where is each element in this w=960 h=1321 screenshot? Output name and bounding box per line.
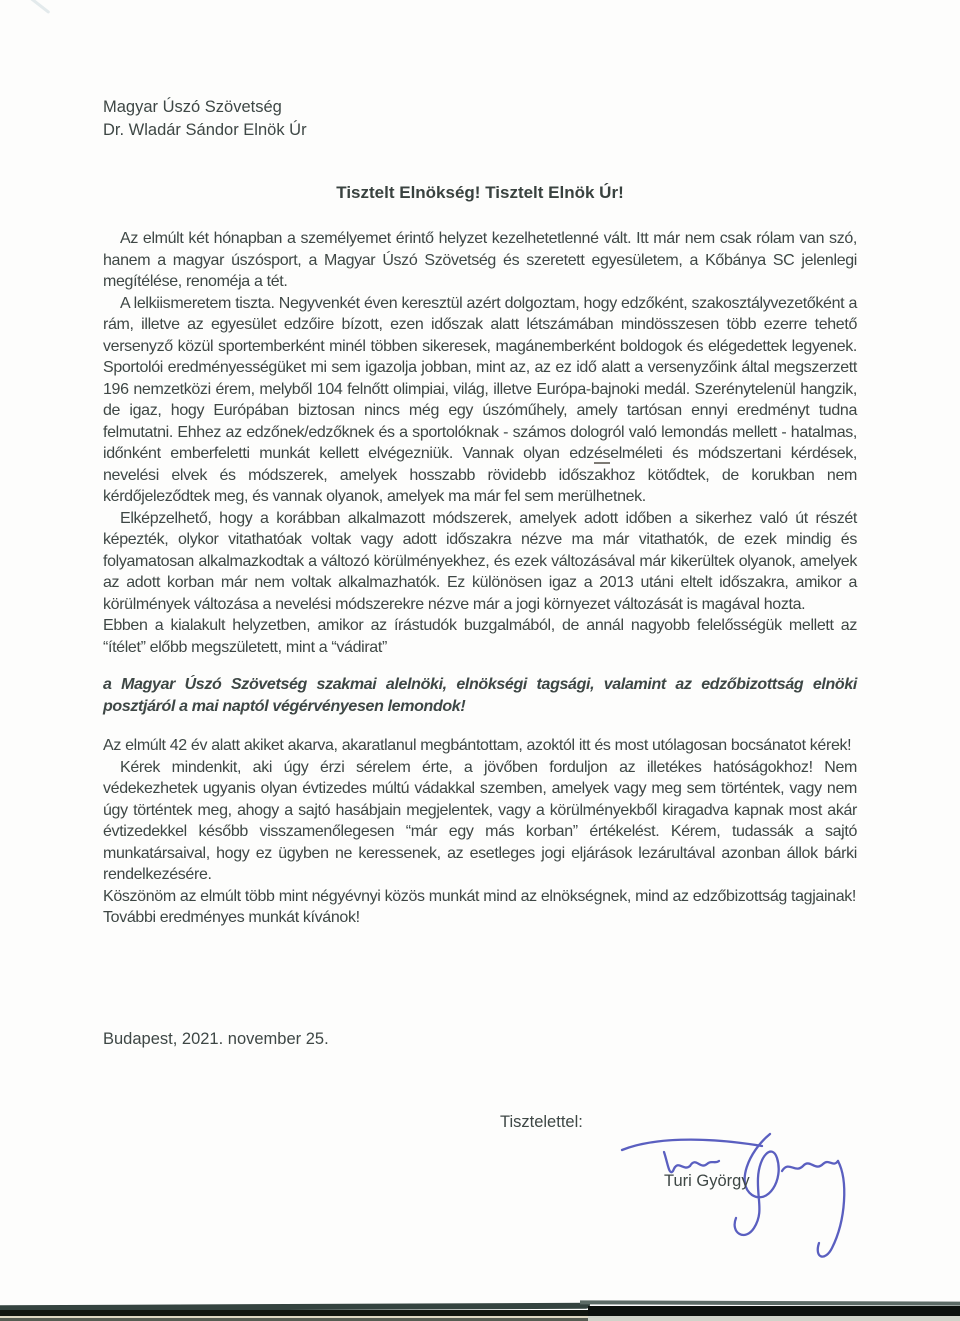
- recipient-person: Dr. Wladár Sándor Elnök Úr: [103, 119, 603, 142]
- recipient-block: Magyar Úszó Szövetség Dr. Wladár Sándor …: [103, 96, 603, 142]
- paragraph-methods: Elképzelhető, hogy a korábban alkalmazot…: [103, 508, 857, 616]
- paragraph-career: A lelkiismeretem tiszta. Negyvenkét éven…: [103, 293, 857, 508]
- paragraph-thanks: Köszönöm az elmúlt több mint négyévnyi k…: [103, 886, 857, 908]
- signature-scribble-icon: [612, 1116, 862, 1266]
- scan-corner-artifact: [30, 0, 51, 14]
- paragraph-authorities: Kérek mindenkit, aki úgy érzi sérelem ér…: [103, 757, 857, 886]
- paragraph-apology: Az elmúlt 42 év alatt akiket akarva, aka…: [103, 735, 857, 757]
- letter-body: Az elmúlt két hónapban a személyemet éri…: [103, 228, 857, 929]
- signature-name: Turi György: [664, 1172, 750, 1191]
- paragraph-judgement: Ebben a kialakult helyzetben, amikor az …: [103, 615, 857, 658]
- handwritten-signature: Turi György: [612, 1116, 862, 1266]
- paragraph-resignation: a Magyar Úszó Szövetség szakmai alelnöki…: [103, 674, 857, 717]
- scanned-letter-page: Magyar Úszó Szövetség Dr. Wladár Sándor …: [0, 0, 960, 1321]
- date-line: Budapest, 2021. november 25.: [103, 1030, 329, 1049]
- underline-artifact: és: [594, 445, 610, 464]
- scan-edge-block-left: [0, 1310, 588, 1321]
- scan-edge-line-right: [580, 1300, 960, 1305]
- scan-edge-block-mid: [588, 1306, 960, 1316]
- salutation: Tisztelt Elnökség! Tisztelt Elnök Úr!: [103, 183, 857, 203]
- paragraph-wishes: További eredményes munkát kívánok!: [103, 907, 857, 929]
- closing-phrase: Tisztelettel:: [500, 1113, 583, 1132]
- recipient-organization: Magyar Úszó Szövetség: [103, 96, 603, 119]
- paragraph-situation: Az elmúlt két hónapban a személyemet éri…: [103, 228, 857, 293]
- scan-edge-block-right: [588, 1316, 960, 1321]
